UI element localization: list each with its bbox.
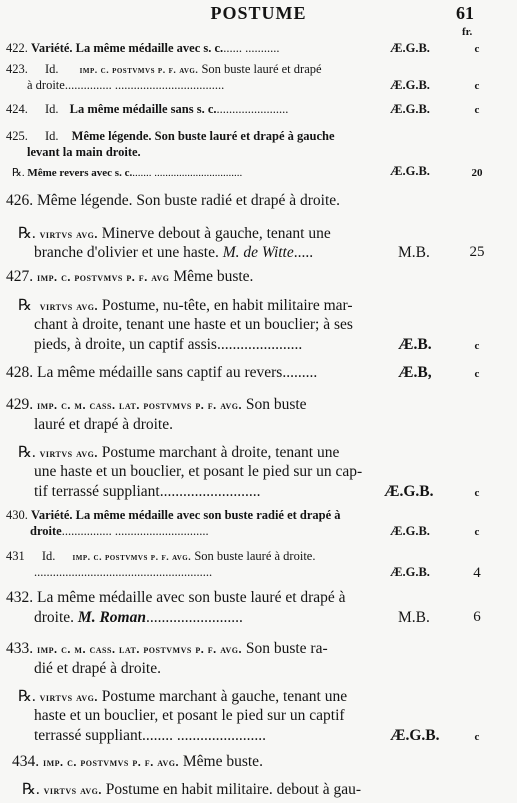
reverse-text: branche d'olivier et une haste. [34,244,219,261]
leader-dots: ................ .......................… [62,524,209,538]
price: c [462,526,492,538]
reverse-mark-icon: ℞. [18,444,36,461]
metal-code: Æ.B, [398,364,432,382]
price: c [462,368,492,380]
entry-text: Variété. La même médaille avec son buste… [31,508,341,522]
metal-code: Æ.B. [398,336,432,354]
metal-code: M.B. [398,244,430,262]
leader-dots: ......................... [146,609,243,626]
reverse-text: Même revers avec s. c. [27,167,132,179]
leader-dots: .......................... [160,483,261,500]
obverse-legend: IMP. C. M. CASS. LAT. POSTVMVS P. F. AVG… [37,398,242,412]
book-page: POSTUME 61 fr. 422. Variété. La même méd… [0,0,517,803]
entry-text: lauré et drapé à droite. [34,416,173,434]
page-number: 61 [456,3,474,24]
entry-text: Son buste lauré et drapé [201,62,321,76]
entry-number: 428. [6,364,33,381]
price: c [462,43,492,55]
metal-code: Æ.G.B. [390,565,430,580]
entry-number: 432. [6,589,33,606]
reverse-text: pieds, à droite, un captif assis [34,336,217,353]
entry-text: Variété. La même médaille avec s. c. [31,41,223,55]
entry-label: Id. [45,102,59,116]
entry-text: Même légende. Son buste lauré et drapé à… [72,129,335,143]
reverse-legend: VIRTVS AVG. [40,227,98,241]
entry-text: Même légende. Son buste radié et drapé à… [37,192,340,209]
metal-code: M.B. [398,609,430,627]
reverse-text: haste et un bouclier, et posant le pied … [34,707,345,725]
entry-label: Id. [45,62,59,76]
entry-number: 434. [12,753,39,770]
metal-code: Æ.G.B. [390,727,440,745]
reverse-mark-icon: ℞. [18,225,36,242]
reverse-text: Postume marchant à gauche, tenant une [102,688,347,705]
price: c [462,340,492,352]
entry-text: La même médaille sans captif au revers [37,364,282,381]
source-citation: M. Roman [78,609,146,626]
price: 6 [462,609,492,626]
reverse-legend: VIRTVS AVG. [40,446,98,460]
obverse-legend: IMP. C. POSTVMVS P. F. AVG. [80,65,199,76]
source-citation: M. de Witte [223,244,294,261]
price: c [462,80,492,92]
reverse-mark-icon: ℞. [22,781,40,798]
entry-label: Id. [42,549,56,563]
entry-text: La même médaille avec son buste lauré et… [37,589,346,606]
leader-dots: ....... ................................ [132,167,242,179]
entry-number: 422. [6,41,28,55]
entry-text: levant la main droite. [27,145,141,160]
leader-dots: ...... ........... [223,41,279,55]
entry-text: Même buste. [183,753,263,770]
leader-dots: ....................... [217,102,289,116]
entry-text: Son buste [246,396,307,413]
entry-text: droite. [34,609,74,626]
metal-code: Æ.G.B. [390,524,430,539]
entry-number: 427. [6,268,33,285]
metal-code: Æ.G.B. [390,41,430,56]
page-title: POSTUME [0,3,517,24]
entry-text: à droite [27,78,65,92]
obverse-legend: IMP. C. M. CASS. LAT. POSTVMVS P. F. AVG… [37,642,242,656]
leader-dots: ..... [294,244,313,261]
entry-text: Son buste ra- [246,640,328,657]
entry-number: 433. [6,640,33,657]
reverse-legend: VIRTVS AVG. [44,783,102,797]
reverse-legend: VIRTVS AVG. [40,690,98,704]
entry-label: Id. [45,129,59,143]
entry-text: dié et drapé à droite. [34,660,161,678]
metal-code: Æ.G.B. [384,483,434,501]
price-column-label: fr. [462,26,472,38]
price: 4 [462,565,492,582]
entry-text: Son buste lauré à droite. [194,549,315,563]
metal-code: Æ.G.B. [390,78,430,93]
leader-dots: ...................... [217,336,302,353]
metal-code: Æ.G.B. [390,102,430,117]
reverse-mark-icon: ℞. [18,688,36,705]
leader-dots: ............... ........................… [65,78,224,92]
reverse-mark-icon: ℞. [12,167,25,179]
entry-text: La même médaille sans s. c. [70,102,217,116]
reverse-text: tif terrassé suppliant [34,483,160,500]
reverse-text: une haste et un bouclier, et posant le p… [34,463,362,481]
price: c [462,104,492,116]
price: 20 [462,167,492,179]
entry-number: 424. [6,102,28,116]
entry-number: 426. [6,192,33,209]
obverse-legend: IMP. C. POSTVMVS P. F. AVG [37,270,169,284]
entry-number: 429. [6,396,33,413]
price: 25 [462,244,492,261]
reverse-mark-icon: ℞ [18,297,32,314]
entry-number: 431 [6,549,25,563]
entry-number: 430. [6,508,28,522]
entry-text: Même buste. [173,268,253,285]
reverse-text: chant à droite, tenant une haste et un b… [34,316,353,334]
entry-number: 423. [6,62,28,76]
reverse-text: Postume, nu-tête, en habit militaire mar… [102,297,353,314]
obverse-legend: IMP. C. POSTVMVS P. F. AVG. [73,552,192,563]
entry-text: droite [30,524,62,538]
reverse-text: Postume marchant à droite, tenant une [102,444,340,461]
reverse-text: terrassé suppliant [34,727,142,744]
leader-dots: ........ ....................... [142,727,266,744]
leader-dots: ........................................… [34,565,212,580]
price: c [462,487,492,499]
entry-number: 425. [6,129,28,143]
reverse-legend: VIRTVS AVG. [40,299,98,313]
reverse-text: Postume en habit militaire. debout à gau… [106,781,361,798]
price: c [462,731,492,743]
leader-dots: ......... [282,364,317,381]
obverse-legend: IMP. C. POSTVMVS P. F. AVG. [43,755,179,769]
metal-code: Æ.G.B. [390,164,430,179]
reverse-text: Minerve debout à gauche, tenant une [102,225,331,242]
